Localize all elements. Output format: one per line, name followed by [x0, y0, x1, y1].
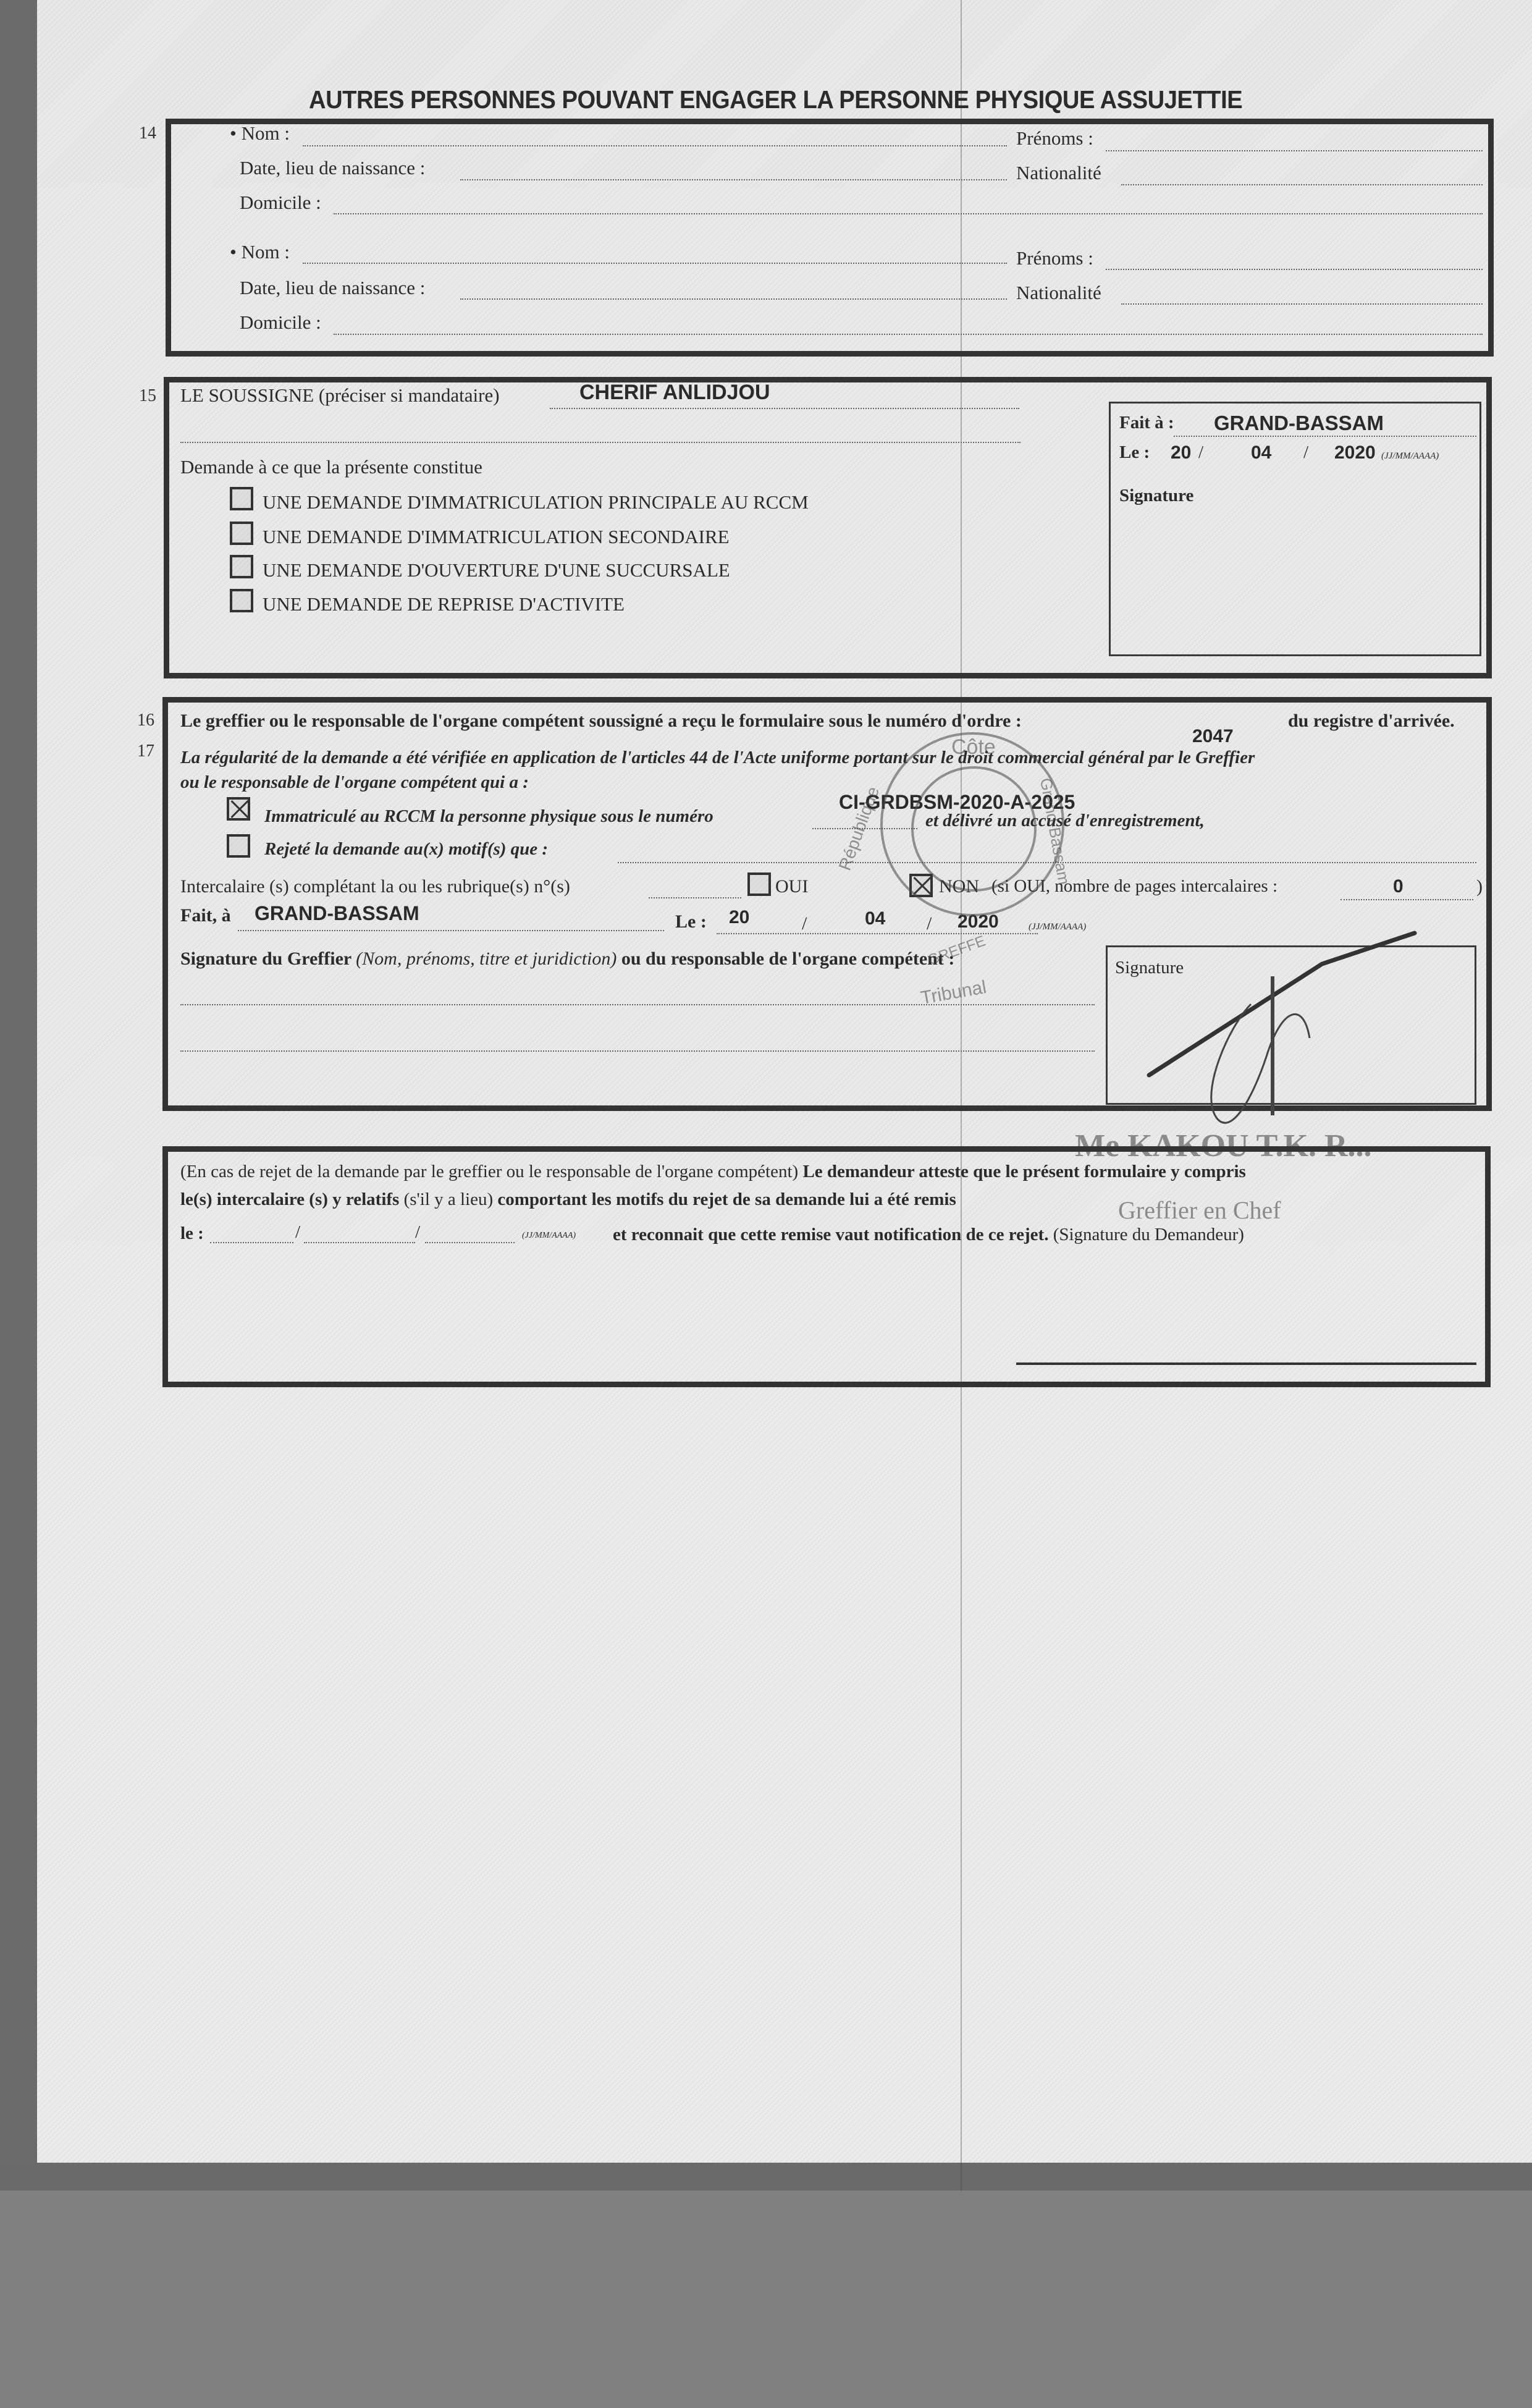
- nom-field-2[interactable]: [303, 263, 1007, 264]
- fait-value[interactable]: GRAND-BASSAM: [255, 902, 419, 925]
- signature-greffier-tail: ou du responsable de l'organe compétent …: [621, 948, 954, 969]
- nationalite-field-1[interactable]: [1121, 184, 1483, 185]
- date-sep-2: /: [1303, 442, 1308, 463]
- scanner-margin-left: [0, 0, 37, 2190]
- rejet-line-1-condition: (En cas de rejet de la demande par le gr…: [180, 1162, 798, 1181]
- naissance-label-2: Date, lieu de naissance :: [240, 277, 425, 299]
- demande-label: Demande à ce que la présente constitue: [180, 456, 482, 478]
- fait-a-label: Fait à :: [1119, 413, 1174, 433]
- signature-label: Signature: [1119, 486, 1193, 506]
- fait-dots: [238, 930, 664, 931]
- rejet-line-3-signature-hint: (Signature du Demandeur): [1053, 1225, 1244, 1244]
- naissance-label-1: Date, lieu de naissance :: [240, 157, 425, 179]
- greffier-date-format: (JJ/MM/AAAA): [1029, 922, 1086, 932]
- rejete-label: Rejeté la demande au(x) motif(s) que :: [264, 839, 548, 860]
- soussigne-value[interactable]: CHERIF ANLIDJOU: [579, 381, 770, 405]
- naissance-field-2[interactable]: [460, 298, 1007, 300]
- reception-text: Le greffier ou le responsable de l'organ…: [180, 711, 1022, 732]
- domicile-field-1[interactable]: [334, 213, 1483, 214]
- rejet-date-sep-2: /: [415, 1222, 420, 1243]
- le-label: Le :: [1119, 442, 1150, 463]
- prenoms-label-2: Prénoms :: [1016, 247, 1093, 269]
- section-number-16: 16: [137, 711, 154, 730]
- section-number-14: 14: [139, 124, 156, 143]
- checkbox-immatriculation-principale[interactable]: [230, 487, 253, 510]
- intercalaire-label: Intercalaire (s) complétant la ou les ru…: [180, 876, 570, 897]
- checkbox-immatriculation-secondaire[interactable]: [230, 522, 253, 545]
- prenoms-label-1: Prénoms :: [1016, 127, 1093, 150]
- rejet-section-box: [162, 1146, 1491, 1387]
- prenoms-field-2[interactable]: [1106, 269, 1483, 270]
- nom-field-1[interactable]: [303, 145, 1007, 146]
- date-format: (JJ/MM/AAAA): [1381, 451, 1439, 462]
- demandeur-signature-line[interactable]: [1016, 1362, 1476, 1365]
- numero-ordre[interactable]: 2047: [1192, 726, 1234, 747]
- signature-greffier-hint: (Nom, prénoms, titre et juridiction): [356, 948, 617, 969]
- option-immatriculation-principale: UNE DEMANDE D'IMMATRICULATION PRINCIPALE…: [263, 491, 809, 513]
- pages-close: ): [1476, 876, 1483, 897]
- section-number-17: 17: [137, 741, 154, 761]
- greffier-date-month[interactable]: 04: [865, 908, 885, 929]
- rejet-line-2-b: (s'il y a lieu): [404, 1189, 494, 1209]
- page-title: AUTRES PERSONNES POUVANT ENGAGER LA PERS…: [309, 85, 1242, 114]
- signature-greffier-title: Signature du Greffier: [180, 948, 351, 969]
- option-immatriculation-secondaire: UNE DEMANDE D'IMMATRICULATION SECONDAIRE: [263, 526, 730, 548]
- greffier-date-day[interactable]: 20: [729, 907, 749, 928]
- le-label-greffier: Le :: [675, 911, 707, 932]
- domicile-field-2[interactable]: [334, 334, 1483, 335]
- date-sep-1: /: [1198, 442, 1203, 463]
- domicile-label-2: Domicile :: [240, 311, 321, 334]
- date-day[interactable]: 20: [1171, 442, 1191, 463]
- checkbox-reprise-activite[interactable]: [230, 589, 253, 612]
- checkbox-ouverture-succursale[interactable]: [230, 555, 253, 578]
- naissance-field-1[interactable]: [460, 179, 1007, 180]
- greffier-signature-scribble: [1124, 908, 1470, 1131]
- nationalite-label-1: Nationalité: [1016, 162, 1101, 184]
- rejet-line-1-attestation: Le demandeur atteste que le présent form…: [802, 1162, 1245, 1181]
- regularite-text-line2: ou le responsable de l'organe compétent …: [180, 772, 529, 793]
- signature-greffier-label: Signature du Greffier (Nom, prénoms, tit…: [180, 948, 954, 970]
- prenoms-field-1[interactable]: [1106, 150, 1483, 151]
- rejet-line-1: (En cas de rejet de la demande par le gr…: [180, 1162, 1246, 1182]
- pages-dots: [1340, 899, 1473, 900]
- option-ouverture-succursale: UNE DEMANDE D'OUVERTURE D'UNE SUCCURSALE: [263, 559, 730, 581]
- domicile-label-1: Domicile :: [240, 192, 321, 214]
- date-year[interactable]: 2020: [1334, 442, 1376, 463]
- section-14-box: [166, 119, 1494, 357]
- nationalite-label-2: Nationalité: [1016, 282, 1101, 304]
- rejet-line-2-a: le(s) intercalaire (s) y relatifs: [180, 1189, 399, 1209]
- rejet-line-3: et reconnait que cette remise vaut notif…: [613, 1225, 1244, 1245]
- greffier-name-field-1[interactable]: [180, 1004, 1095, 1005]
- nom-label-2: • Nom :: [230, 241, 290, 263]
- rejet-date-day[interactable]: [210, 1242, 293, 1243]
- greffier-name-field-2[interactable]: [180, 1050, 1095, 1052]
- nom-label-1: • Nom :: [230, 122, 290, 145]
- greffier-date-dots: [717, 933, 1038, 934]
- rejet-line-3-notification: et reconnait que cette remise vaut notif…: [613, 1225, 1048, 1244]
- rejet-date-format: (JJ/MM/AAAA): [522, 1231, 576, 1241]
- seal-text-top: Côte: [951, 735, 996, 759]
- section-number-15: 15: [139, 386, 156, 406]
- checkbox-immatricule[interactable]: [227, 797, 250, 821]
- pages-value[interactable]: 0: [1393, 876, 1404, 897]
- greffier-date-sep-2: /: [927, 913, 932, 934]
- rejet-date-sep-1: /: [295, 1222, 300, 1243]
- checkbox-oui[interactable]: [747, 872, 771, 896]
- rejet-line-2: le(s) intercalaire (s) y relatifs (s'il …: [180, 1189, 956, 1210]
- scanner-margin-bottom: [0, 2163, 1532, 2190]
- rejet-date-year[interactable]: [425, 1242, 515, 1243]
- regularite-text-line1: La régularité de la demande a été vérifi…: [180, 748, 1255, 768]
- registre-arrivee-text: du registre d'arrivée.: [1288, 711, 1455, 732]
- intercalaire-field[interactable]: [649, 897, 741, 898]
- greffier-date-sep-1: /: [802, 913, 807, 934]
- oui-label: OUI: [775, 876, 808, 897]
- nationalite-field-2[interactable]: [1121, 303, 1483, 305]
- fait-a-dots: [1174, 436, 1476, 437]
- option-reprise-activite: UNE DEMANDE DE REPRISE D'ACTIVITE: [263, 593, 625, 615]
- immatricule-label: Immatriculé au RCCM la personne physique…: [264, 806, 713, 827]
- rejet-le-label: le :: [180, 1223, 204, 1244]
- official-seal-inner: [911, 766, 1037, 892]
- checkbox-rejete[interactable]: [227, 834, 250, 858]
- rejet-line-2-c: comportant les motifs du rejet de sa dem…: [497, 1189, 956, 1209]
- demandeur-signature-area[interactable]: [1115, 513, 1476, 652]
- fait-a-value[interactable]: GRAND-BASSAM: [1214, 412, 1384, 435]
- soussigne-field-line2[interactable]: [180, 442, 1021, 443]
- rejet-date-month[interactable]: [304, 1242, 415, 1243]
- soussigne-field[interactable]: [550, 408, 1019, 409]
- fait-label: Fait, à: [180, 905, 231, 926]
- date-month[interactable]: 04: [1251, 442, 1271, 463]
- soussigne-label: LE SOUSSIGNE (préciser si mandataire): [180, 384, 500, 407]
